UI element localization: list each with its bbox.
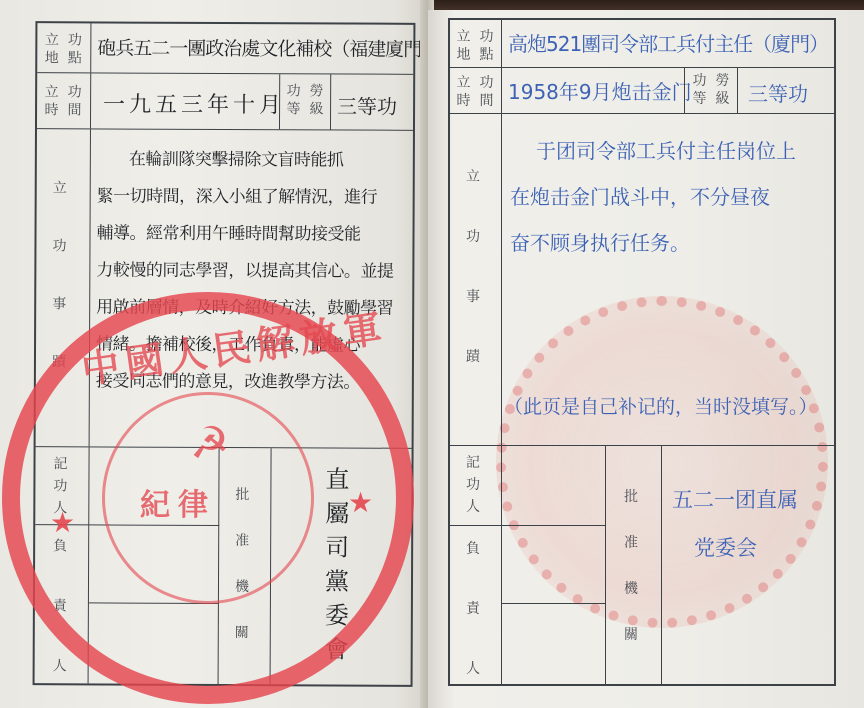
responsible-label: 負 責 人	[466, 538, 480, 678]
signature-block: 記 功 人 負 責 人 批	[35, 447, 412, 685]
deeds-row: 立 功 事 蹟 在輪訓隊突擊掃除文盲時能抓 緊一切時間，深入小組了解情況，進行 …	[36, 129, 413, 449]
responsible-field-1	[502, 526, 606, 604]
place-row: 立 功 地 點 砲兵五二一團政治處文化補校（福建廈門）	[37, 23, 413, 75]
recorder-field	[502, 446, 606, 526]
deeds-row: 立 功 事 蹟 于团司令部工兵付主任岗位上 在炮击金门战斗中，不分昼夜 奋不顾身…	[450, 114, 834, 446]
left-page: 立 功 地 點 砲兵五二一團政治處文化補校（福建廈門） 立 功 時 間	[0, 0, 428, 708]
grade-label: 功 勞 等 級	[689, 72, 735, 108]
approver-value: 五二一团直属 党委会	[672, 476, 798, 572]
grade-value: 三等功	[337, 90, 397, 119]
recorder-label: 記 功 人	[53, 453, 67, 517]
handwritten-note: （此页是自己补记的，当时没填写。）	[504, 392, 818, 419]
responsible-label: 負 責 人	[53, 535, 68, 675]
right-page: 立 功 地 點 高炮521團司令部工兵付主任（廈門） 立 功 時 間	[428, 10, 864, 708]
responsible-field-2	[89, 603, 219, 684]
place-value: 砲兵五二一團政治處文化補校（福建廈門）	[97, 33, 428, 61]
grade-value: 三等功	[748, 78, 808, 107]
deeds-text: 在輪訓隊突擊掃除文盲時能抓 緊一切時間，深入小組了解情況，進行 輔導。經常利用午…	[96, 141, 413, 401]
approver-value: 直屬司黨委會	[325, 462, 352, 666]
place-label: 立 功 地 點	[41, 31, 87, 67]
approver-label: 批 准 機 關	[624, 486, 638, 644]
deeds-text: 于团司令部工兵付主任岗位上 在炮击金门战斗中，不分昼夜 奋不顾身执行任务。	[510, 128, 830, 266]
time-label: 立 功 時 間	[41, 83, 87, 119]
place-value: 高炮521團司令部工兵付主任（廈門）	[508, 28, 828, 57]
booklet-spread: 立 功 地 點 砲兵五二一團政治處文化補校（福建廈門） 立 功 時 間	[0, 0, 864, 708]
merit-form-right: 立 功 地 點 高炮521團司令部工兵付主任（廈門） 立 功 時 間	[448, 18, 836, 686]
responsible-field-2	[502, 604, 606, 684]
deeds-label: 立 功 事 蹟	[52, 177, 67, 371]
time-value: 一九五三年十月	[103, 87, 285, 119]
time-value: 1958年9月炮击金门	[508, 76, 692, 105]
time-label: 立 功 時 間	[453, 74, 499, 110]
time-row: 立 功 時 間 一九五三年十月 功 勞 等 級 三等功	[37, 73, 413, 131]
responsible-field-1	[89, 525, 219, 604]
place-row: 立 功 地 點 高炮521團司令部工兵付主任（廈門）	[450, 20, 834, 68]
signature-block: 記 功 人 負 責 人 批	[450, 446, 834, 684]
time-row: 立 功 時 間 1958年9月炮击金门 功 勞 等 級 三等功	[450, 68, 834, 114]
recorder-label: 記 功 人	[466, 452, 480, 516]
approver-label: 批 准 機 關	[235, 484, 250, 642]
recorder-field	[89, 447, 219, 526]
grade-label: 功 勞 等 級	[283, 82, 329, 118]
merit-form-left: 立 功 地 點 砲兵五二一團政治處文化補校（福建廈門） 立 功 時 間	[33, 21, 416, 687]
deeds-label: 立 功 事 蹟	[466, 166, 480, 366]
place-label: 立 功 地 點	[453, 28, 499, 64]
